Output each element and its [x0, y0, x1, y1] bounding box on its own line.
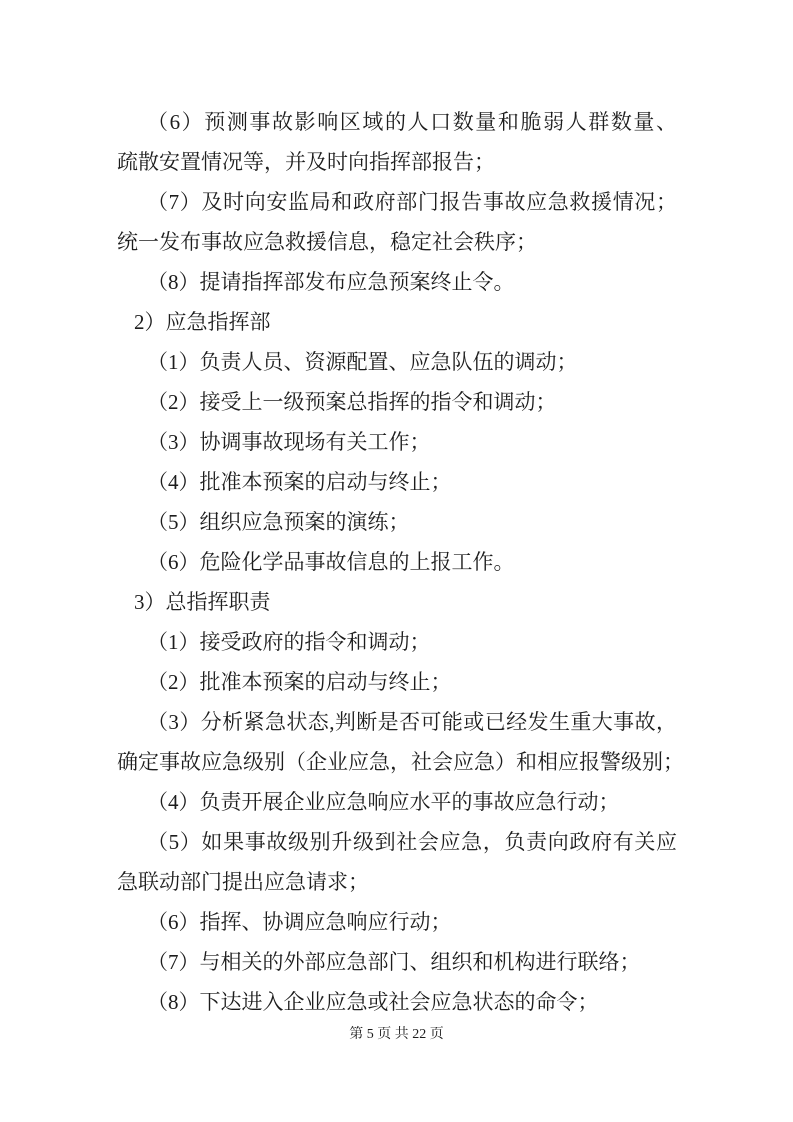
- text-line: （2）批准本预案的启动与终止；: [117, 662, 677, 702]
- text-line: 确定事故应急级别（企业应急，社会应急）和相应报警级别；: [117, 742, 677, 782]
- text-line: （2）接受上一级预案总指挥的指令和调动；: [117, 382, 677, 422]
- text-line: （5）组织应急预案的演练；: [117, 502, 677, 542]
- text-line: 疏散安置情况等，并及时向指挥部报告；: [117, 142, 677, 182]
- text-line: （6）危险化学品事故信息的上报工作。: [117, 542, 677, 582]
- document-body: （6）预测事故影响区域的人口数量和脆弱人群数量、疏散安置情况等，并及时向指挥部报…: [117, 102, 677, 1022]
- text-line: （1）接受政府的指令和调动；: [117, 622, 677, 662]
- document-page: { "document": { "lines": [ { "text": "（6…: [0, 0, 793, 1122]
- text-line: （6）指挥、协调应急响应行动；: [117, 902, 677, 942]
- text-line: （5）如果事故级别升级到社会应急，负责向政府有关应: [117, 822, 677, 862]
- text-line: 统一发布事故应急救援信息，稳定社会秩序；: [117, 222, 677, 262]
- page-footer: 第 5 页 共 22 页: [0, 1022, 793, 1048]
- text-line: （3）分析紧急状态,判断是否可能或已经发生重大事故，: [117, 702, 677, 742]
- text-line: （8）提请指挥部发布应急预案终止令。: [117, 262, 677, 302]
- text-line: （3）协调事故现场有关工作；: [117, 422, 677, 462]
- page: （6）预测事故影响区域的人口数量和脆弱人群数量、疏散安置情况等，并及时向指挥部报…: [0, 0, 793, 1122]
- text-line: （7）与相关的外部应急部门、组织和机构进行联络；: [117, 942, 677, 982]
- text-line: 3）总指挥职责: [117, 582, 677, 622]
- text-line: （6）预测事故影响区域的人口数量和脆弱人群数量、: [117, 102, 677, 142]
- text-line: （1）负责人员、资源配置、应急队伍的调动；: [117, 342, 677, 382]
- text-line: （7）及时向安监局和政府部门报告事故应急救援情况；: [117, 182, 677, 222]
- text-line: （4）负责开展企业应急响应水平的事故应急行动；: [117, 782, 677, 822]
- text-line: （4）批准本预案的启动与终止；: [117, 462, 677, 502]
- text-line: 2）应急指挥部: [117, 302, 677, 342]
- page-number-label: 第 5 页 共 22 页: [349, 1027, 444, 1042]
- text-line: （8）下达进入企业应急或社会应急状态的命令；: [117, 982, 677, 1022]
- text-line: 急联动部门提出应急请求；: [117, 862, 677, 902]
